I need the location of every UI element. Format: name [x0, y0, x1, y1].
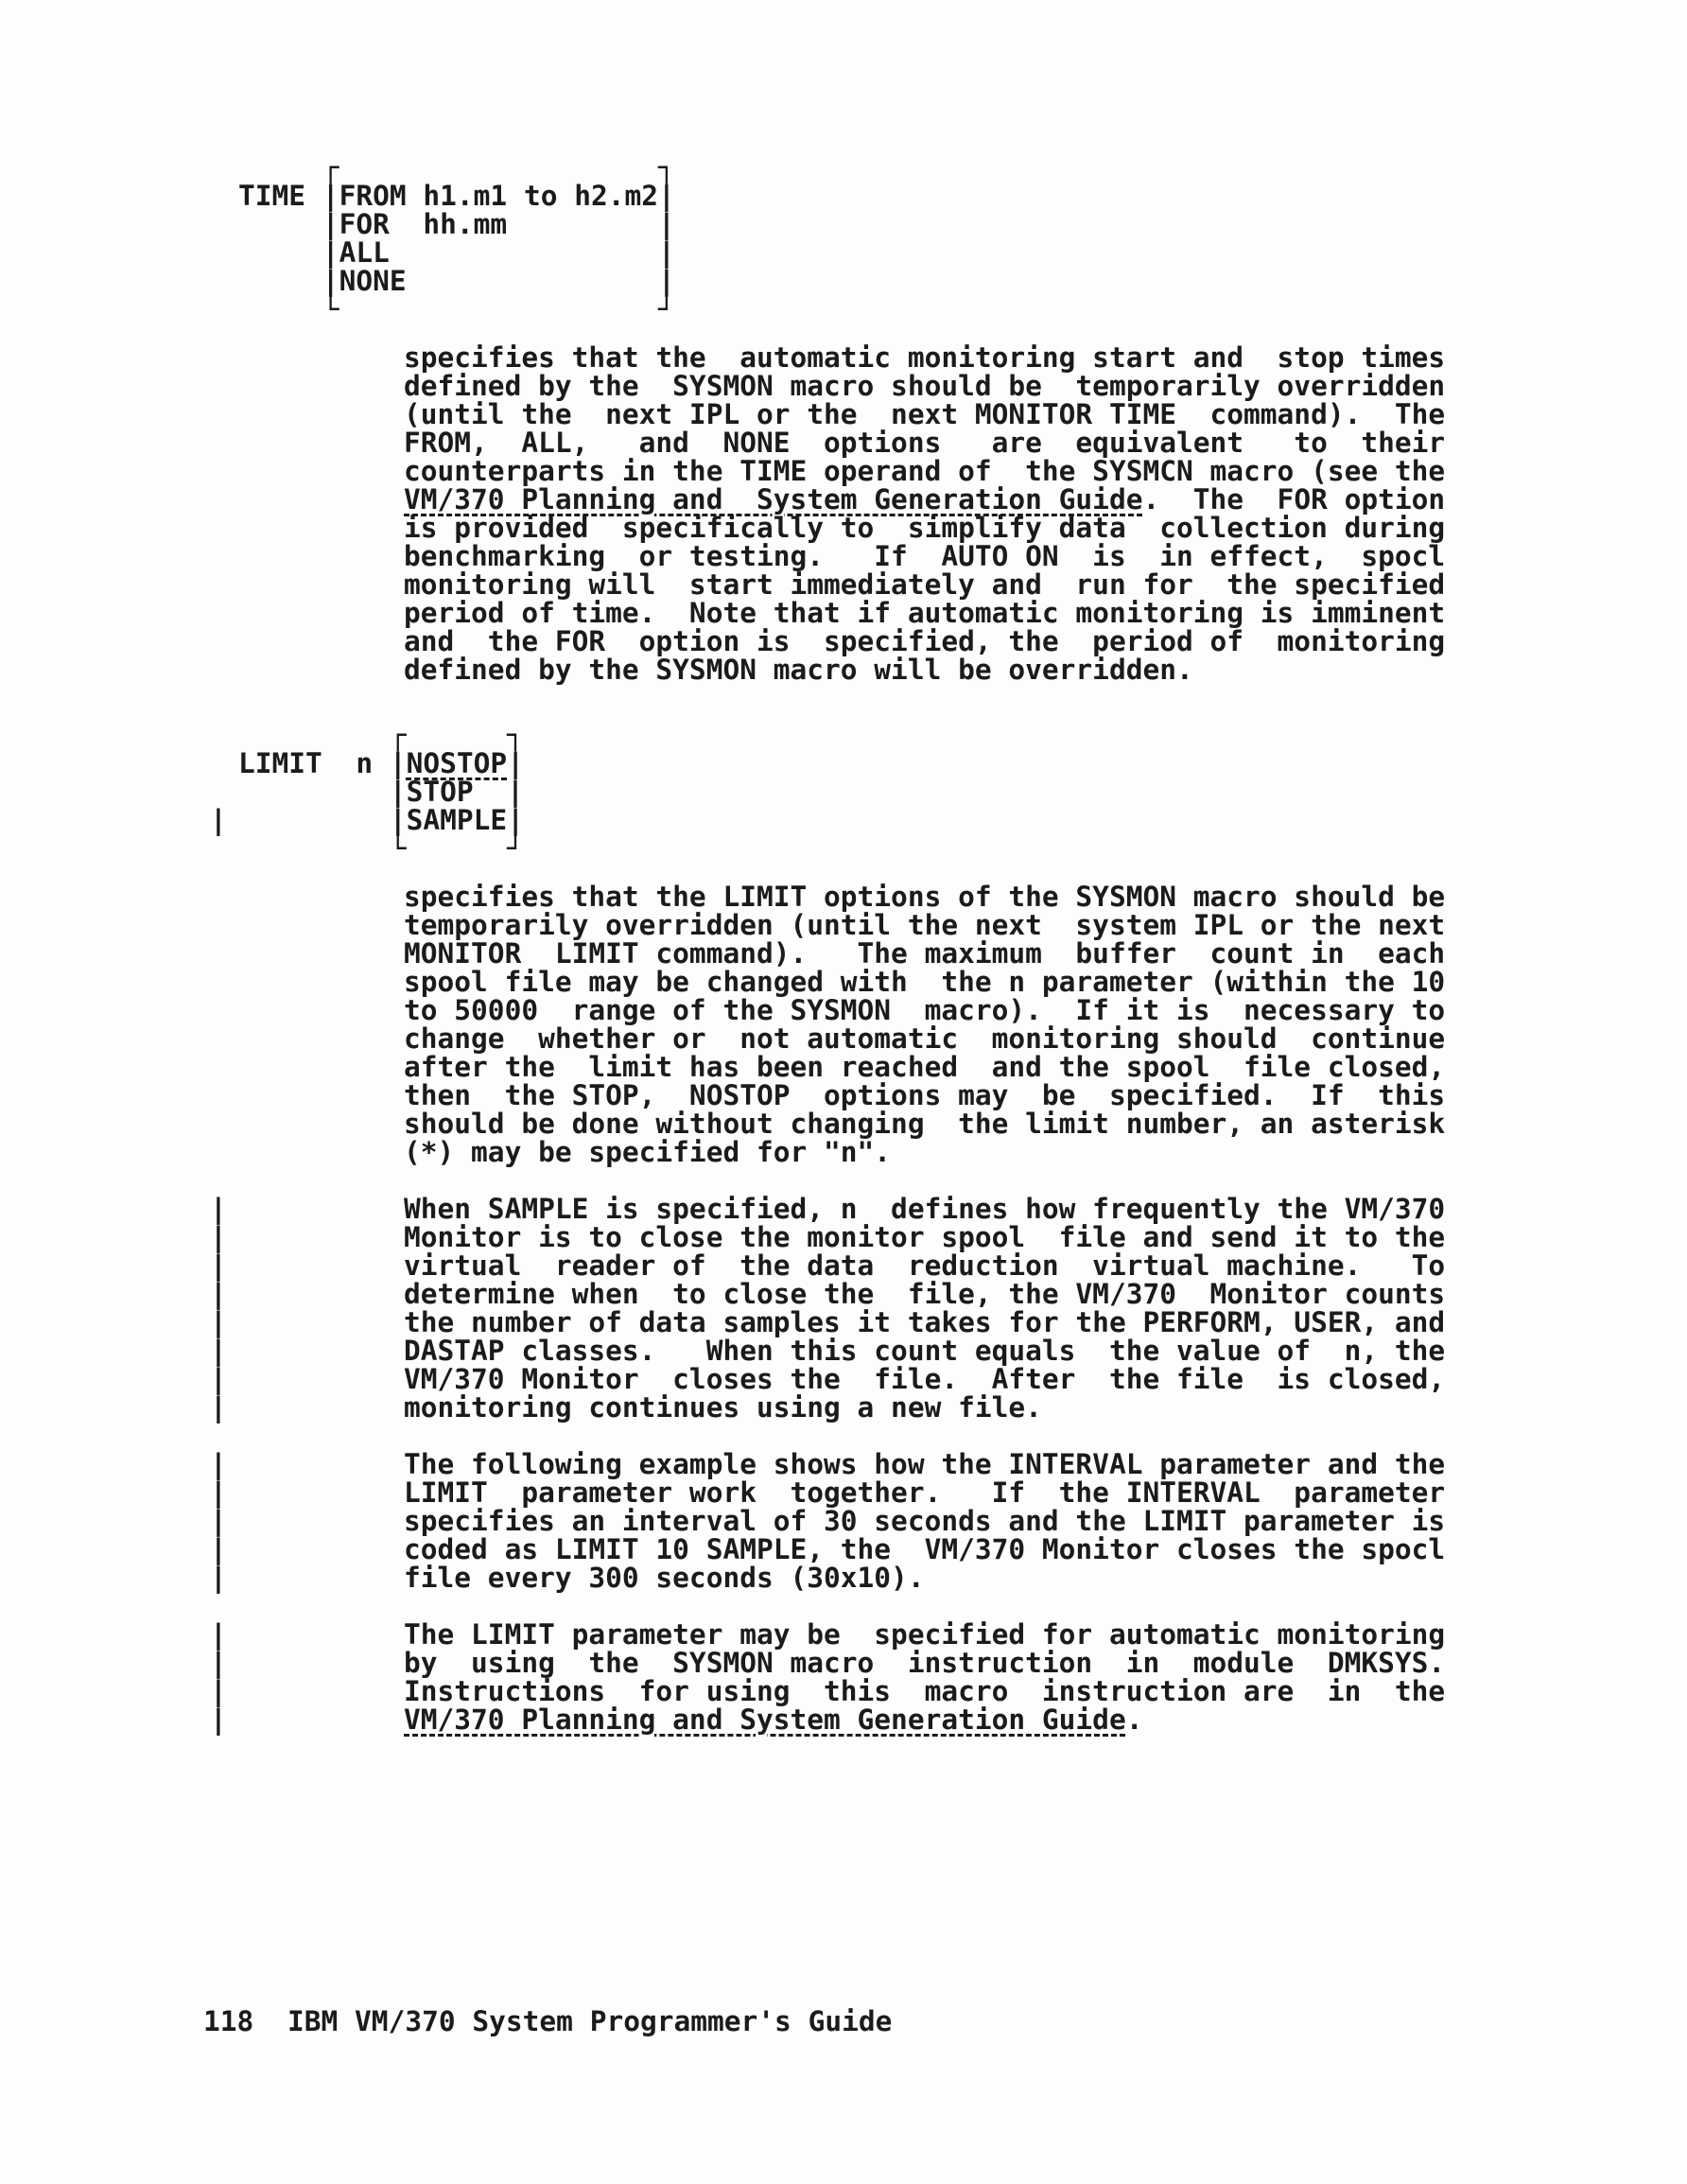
text-run: period of time. Note that if automatic m…	[404, 597, 1445, 629]
paragraph-2: specifies that the LIMIT options of the …	[404, 882, 1445, 1166]
text-run: change whether or not automatic monitori…	[404, 1022, 1445, 1055]
change-bar: |	[210, 1223, 227, 1251]
text-run: LIMIT n |	[238, 747, 407, 779]
text-run: benchmarking or testing. If AUTO ON is i…	[404, 540, 1445, 572]
change-bar: |	[210, 1677, 227, 1705]
text-run: monitoring will start immediately and ru…	[404, 568, 1445, 601]
text-run: |	[390, 236, 675, 269]
text-run: |	[238, 804, 407, 836]
text-run: monitoring continues using a new file.	[404, 1391, 1042, 1424]
text-run: temporarily overridden (until the next s…	[404, 909, 1445, 941]
text-run: Monitor is to close the monitor spool fi…	[404, 1221, 1445, 1253]
text-run: └ ┘	[238, 293, 675, 325]
change-bar: |	[210, 1280, 227, 1308]
syntax-box-limit: ┌ ┐ LIMIT n |NOSTOP| |STOP | |SAMPLE| └ …	[238, 721, 524, 863]
text-run: MONITOR LIMIT command). The maximum buff…	[404, 937, 1445, 970]
text-run: virtual reader of the data reduction vir…	[404, 1249, 1445, 1282]
text-run: specifies an interval of 30 seconds and …	[404, 1505, 1445, 1537]
paragraph-5: The LIMIT parameter may be specified for…	[404, 1620, 1445, 1734]
page-number: 118	[203, 2007, 253, 2035]
text-run: file every 300 seconds (30x10).	[404, 1562, 925, 1594]
paragraph-1: specifies that the automatic monitoring …	[404, 343, 1445, 684]
text-run: The LIMIT parameter may be specified for…	[404, 1618, 1445, 1651]
text-run: TIME |	[238, 180, 339, 212]
text-run: SAMPLE	[407, 804, 508, 836]
underlined-text: NOSTOP	[407, 747, 508, 779]
change-bar: |	[210, 1251, 227, 1280]
text-run: |	[507, 208, 675, 240]
text-run: |	[474, 776, 524, 808]
text-run: |	[238, 236, 339, 269]
text-run: ┌ ┐	[238, 719, 524, 751]
change-bar: |	[210, 1535, 227, 1564]
text-run: (until the next IPL or the next MONITOR …	[404, 398, 1445, 430]
footer-book-title: IBM VM/370 System Programmer's Guide	[287, 2007, 892, 2035]
change-bar: |	[210, 1365, 227, 1393]
change-bar: |	[210, 1195, 227, 1223]
text-run: (*) may be specified for "n".	[404, 1136, 891, 1168]
change-bar: |	[210, 1507, 227, 1535]
text-run: The following example shows how the INTE…	[404, 1448, 1445, 1480]
change-bar: |	[210, 1450, 227, 1478]
text-run: counterparts in the TIME operand of the …	[404, 455, 1445, 487]
text-run: Instructions for using this macro instru…	[404, 1675, 1445, 1707]
text-run: |	[407, 265, 675, 297]
text-run: FOR hh.mm	[339, 208, 508, 240]
change-bar: |	[210, 1705, 227, 1734]
change-bar: |	[210, 1337, 227, 1365]
syntax-box-time: ┌ ┐ TIME |FROM h1.m1 to h2.m2| |FOR hh.m…	[238, 153, 675, 323]
text-run: by using the SYSMON macro instruction in…	[404, 1647, 1445, 1679]
text-run: |	[507, 804, 524, 836]
underlined-text: VM/370 Planning and System Generation Gu…	[404, 483, 1142, 515]
paragraph-4: The following example shows how the INTE…	[404, 1450, 1445, 1592]
underlined-text: VM/370 Planning and System Generation Gu…	[404, 1704, 1126, 1736]
text-run: and the FOR option is specified, the per…	[404, 625, 1445, 657]
text-run: . The FOR option	[1142, 483, 1445, 515]
text-run: ALL	[339, 236, 390, 269]
text-run: ┌ ┐	[238, 151, 675, 183]
change-bar: |	[210, 1308, 227, 1337]
change-bar: |	[210, 806, 227, 834]
text-run: NONE	[339, 265, 407, 297]
paragraph-3: When SAMPLE is specified, n defines how …	[404, 1195, 1445, 1422]
text-run: |	[238, 208, 339, 240]
change-bar: |	[210, 1649, 227, 1677]
change-bar: |	[210, 1564, 227, 1592]
text-run: then the STOP, NOSTOP options may be spe…	[404, 1079, 1445, 1111]
text-run: STOP	[407, 776, 474, 808]
text-run: |	[658, 180, 675, 212]
text-run: FROM h1.m1 to h2.m2	[339, 180, 658, 212]
text-run: |	[238, 265, 339, 297]
change-bar: |	[210, 1393, 227, 1422]
text-run: FROM, ALL, and NONE options are equivale…	[404, 427, 1445, 459]
text-run: specifies that the automatic monitoring …	[404, 341, 1445, 374]
text-run: should be done without changing the limi…	[404, 1108, 1445, 1140]
text-run: determine when to close the file, the VM…	[404, 1278, 1445, 1310]
text-run: VM/370 Monitor closes the file. After th…	[404, 1363, 1445, 1395]
change-bar: |	[210, 1478, 227, 1507]
text-run: └ ┘	[238, 832, 524, 865]
text-run: is provided specifically to simplify dat…	[404, 512, 1445, 544]
text-run: after the limit has been reached and the…	[404, 1051, 1445, 1083]
text-run: .	[1126, 1704, 1143, 1736]
text-run: DASTAP classes. When this count equals t…	[404, 1335, 1445, 1367]
change-bar: |	[210, 1620, 227, 1649]
text-run: LIMIT parameter work together. If the IN…	[404, 1476, 1445, 1509]
text-run: |	[238, 776, 407, 808]
text-run: specifies that the LIMIT options of the …	[404, 881, 1445, 913]
text-run: When SAMPLE is specified, n defines how …	[404, 1193, 1445, 1225]
text-run: defined by the SYSMON macro will be over…	[404, 654, 1193, 686]
text-run: |	[507, 747, 524, 779]
text-run: coded as LIMIT 10 SAMPLE, the VM/370 Mon…	[404, 1533, 1445, 1565]
text-run: the number of data samples it takes for …	[404, 1306, 1445, 1338]
scanned-manual-page: ┌ ┐ TIME |FROM h1.m1 to h2.m2| |FOR hh.m…	[0, 0, 1687, 2184]
text-run: to 50000 range of the SYSMON macro). If …	[404, 994, 1445, 1026]
text-run: spool file may be changed with the n par…	[404, 966, 1445, 998]
text-run: defined by the SYSMON macro should be te…	[404, 370, 1445, 402]
